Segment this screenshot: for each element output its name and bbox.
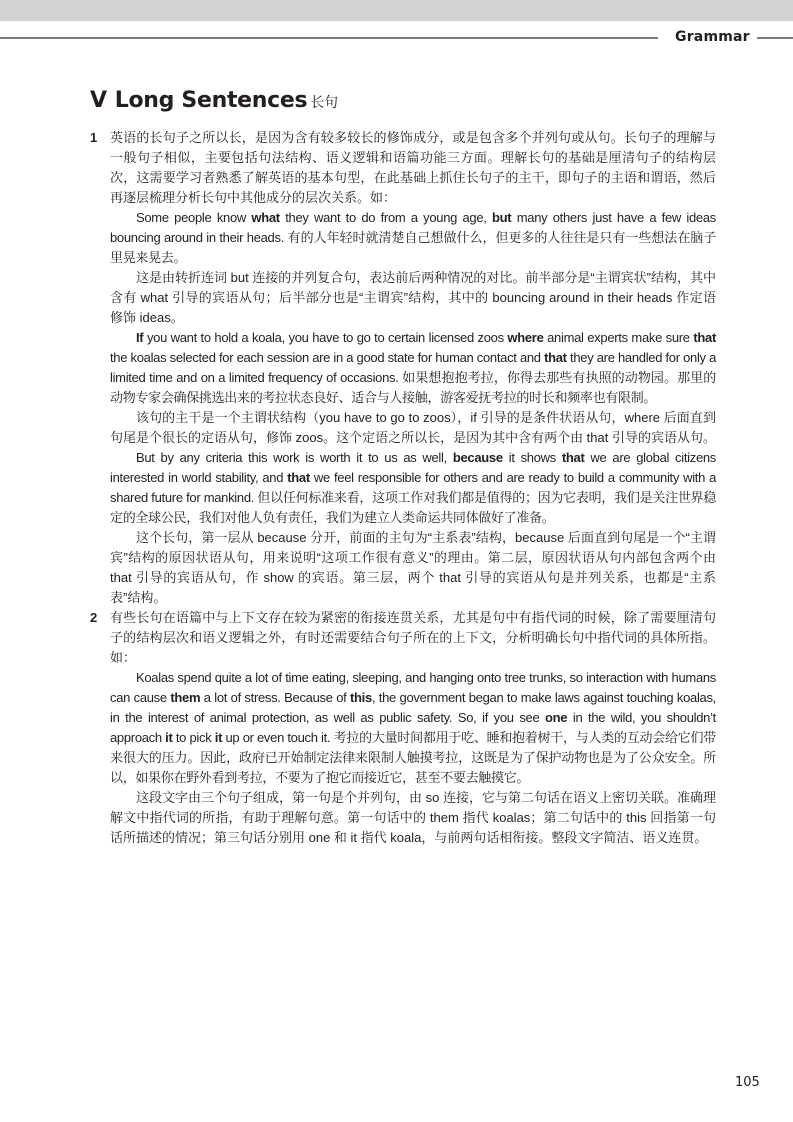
text-run: But by any criteria this work is worth i… xyxy=(136,450,453,465)
page-body: 1 英语的长句子之所以长，是因为含有较多较长的修饰成分，或是包含多个并列句或从句… xyxy=(90,128,716,848)
bold-keyword: that xyxy=(562,450,585,465)
bold-keyword: them xyxy=(170,690,200,705)
item-number: 1 xyxy=(90,128,97,148)
item-intro: 英语的长句子之所以长，是因为含有较多较长的修饰成分，或是包含多个并列句或从句。长… xyxy=(110,128,716,208)
example-sentence: Koalas spend quite a lot of time eating,… xyxy=(110,668,716,788)
item-intro: 有些长句在语篇中与上下文存在较为紧密的衔接连贯关系，尤其是句中有指代词的时候，除… xyxy=(110,608,716,668)
bold-keyword: that xyxy=(287,470,310,485)
text-run: they want to do from a young age, xyxy=(280,210,492,225)
bold-keyword: it xyxy=(215,730,222,745)
bold-keyword: because xyxy=(453,450,503,465)
example-sentence: If you want to hold a koala, you have to… xyxy=(110,328,716,408)
text-run: animal experts make sure xyxy=(544,330,694,345)
header-rule-right xyxy=(757,37,793,39)
text-run: it shows xyxy=(503,450,562,465)
bold-keyword: it xyxy=(165,730,172,745)
text-run: up or even touch it. xyxy=(222,730,333,745)
bold-keyword: where xyxy=(507,330,543,345)
text-run: the koalas selected for each session are… xyxy=(110,350,544,365)
bold-keyword: what xyxy=(251,210,279,225)
example-sentence: Some people know what they want to do fr… xyxy=(110,208,716,268)
analysis-paragraph: 这段文字由三个句子组成，第一句是个并列句，由 so 连接，它与第二句话在语义上密… xyxy=(110,788,716,848)
bold-keyword: that xyxy=(693,330,716,345)
section-number: V xyxy=(90,88,107,113)
text-run: to pick xyxy=(173,730,215,745)
example-sentence: But by any criteria this work is worth i… xyxy=(110,448,716,528)
section-title-cn: 长句 xyxy=(310,95,337,111)
top-gray-band xyxy=(0,0,793,21)
header-rule-left xyxy=(0,37,658,39)
bold-keyword: that xyxy=(544,350,567,365)
analysis-paragraph: 该句的主干是一个主谓状结构（you have to go to zoos），if… xyxy=(110,408,716,448)
numbered-item-1: 1 英语的长句子之所以长，是因为含有较多较长的修饰成分，或是包含多个并列句或从句… xyxy=(90,128,716,608)
analysis-paragraph: 这是由转折连词 but 连接的并列复合句，表达前后两种情况的对比。前半部分是“主… xyxy=(110,268,716,328)
text-run: you want to hold a koala, you have to go… xyxy=(143,330,507,345)
text-run: Some people know xyxy=(136,210,251,225)
analysis-paragraph: 这个长句，第一层从 because 分开，前面的主句为“主系表”结构，becau… xyxy=(110,528,716,608)
section-title-en: Long Sentences xyxy=(115,88,308,113)
running-header-title: Grammar xyxy=(675,29,750,45)
text-run: a lot of stress. Because of xyxy=(200,690,350,705)
numbered-item-2: 2 有些长句在语篇中与上下文存在较为紧密的衔接连贯关系，尤其是句中有指代词的时候… xyxy=(90,608,716,848)
bold-keyword: but xyxy=(492,210,511,225)
item-number: 2 xyxy=(90,608,97,628)
section-heading: VLong Sentences长句 xyxy=(90,88,338,113)
page-number: 105 xyxy=(735,1075,760,1090)
bold-keyword: one xyxy=(545,710,567,725)
bold-keyword: this xyxy=(350,690,372,705)
